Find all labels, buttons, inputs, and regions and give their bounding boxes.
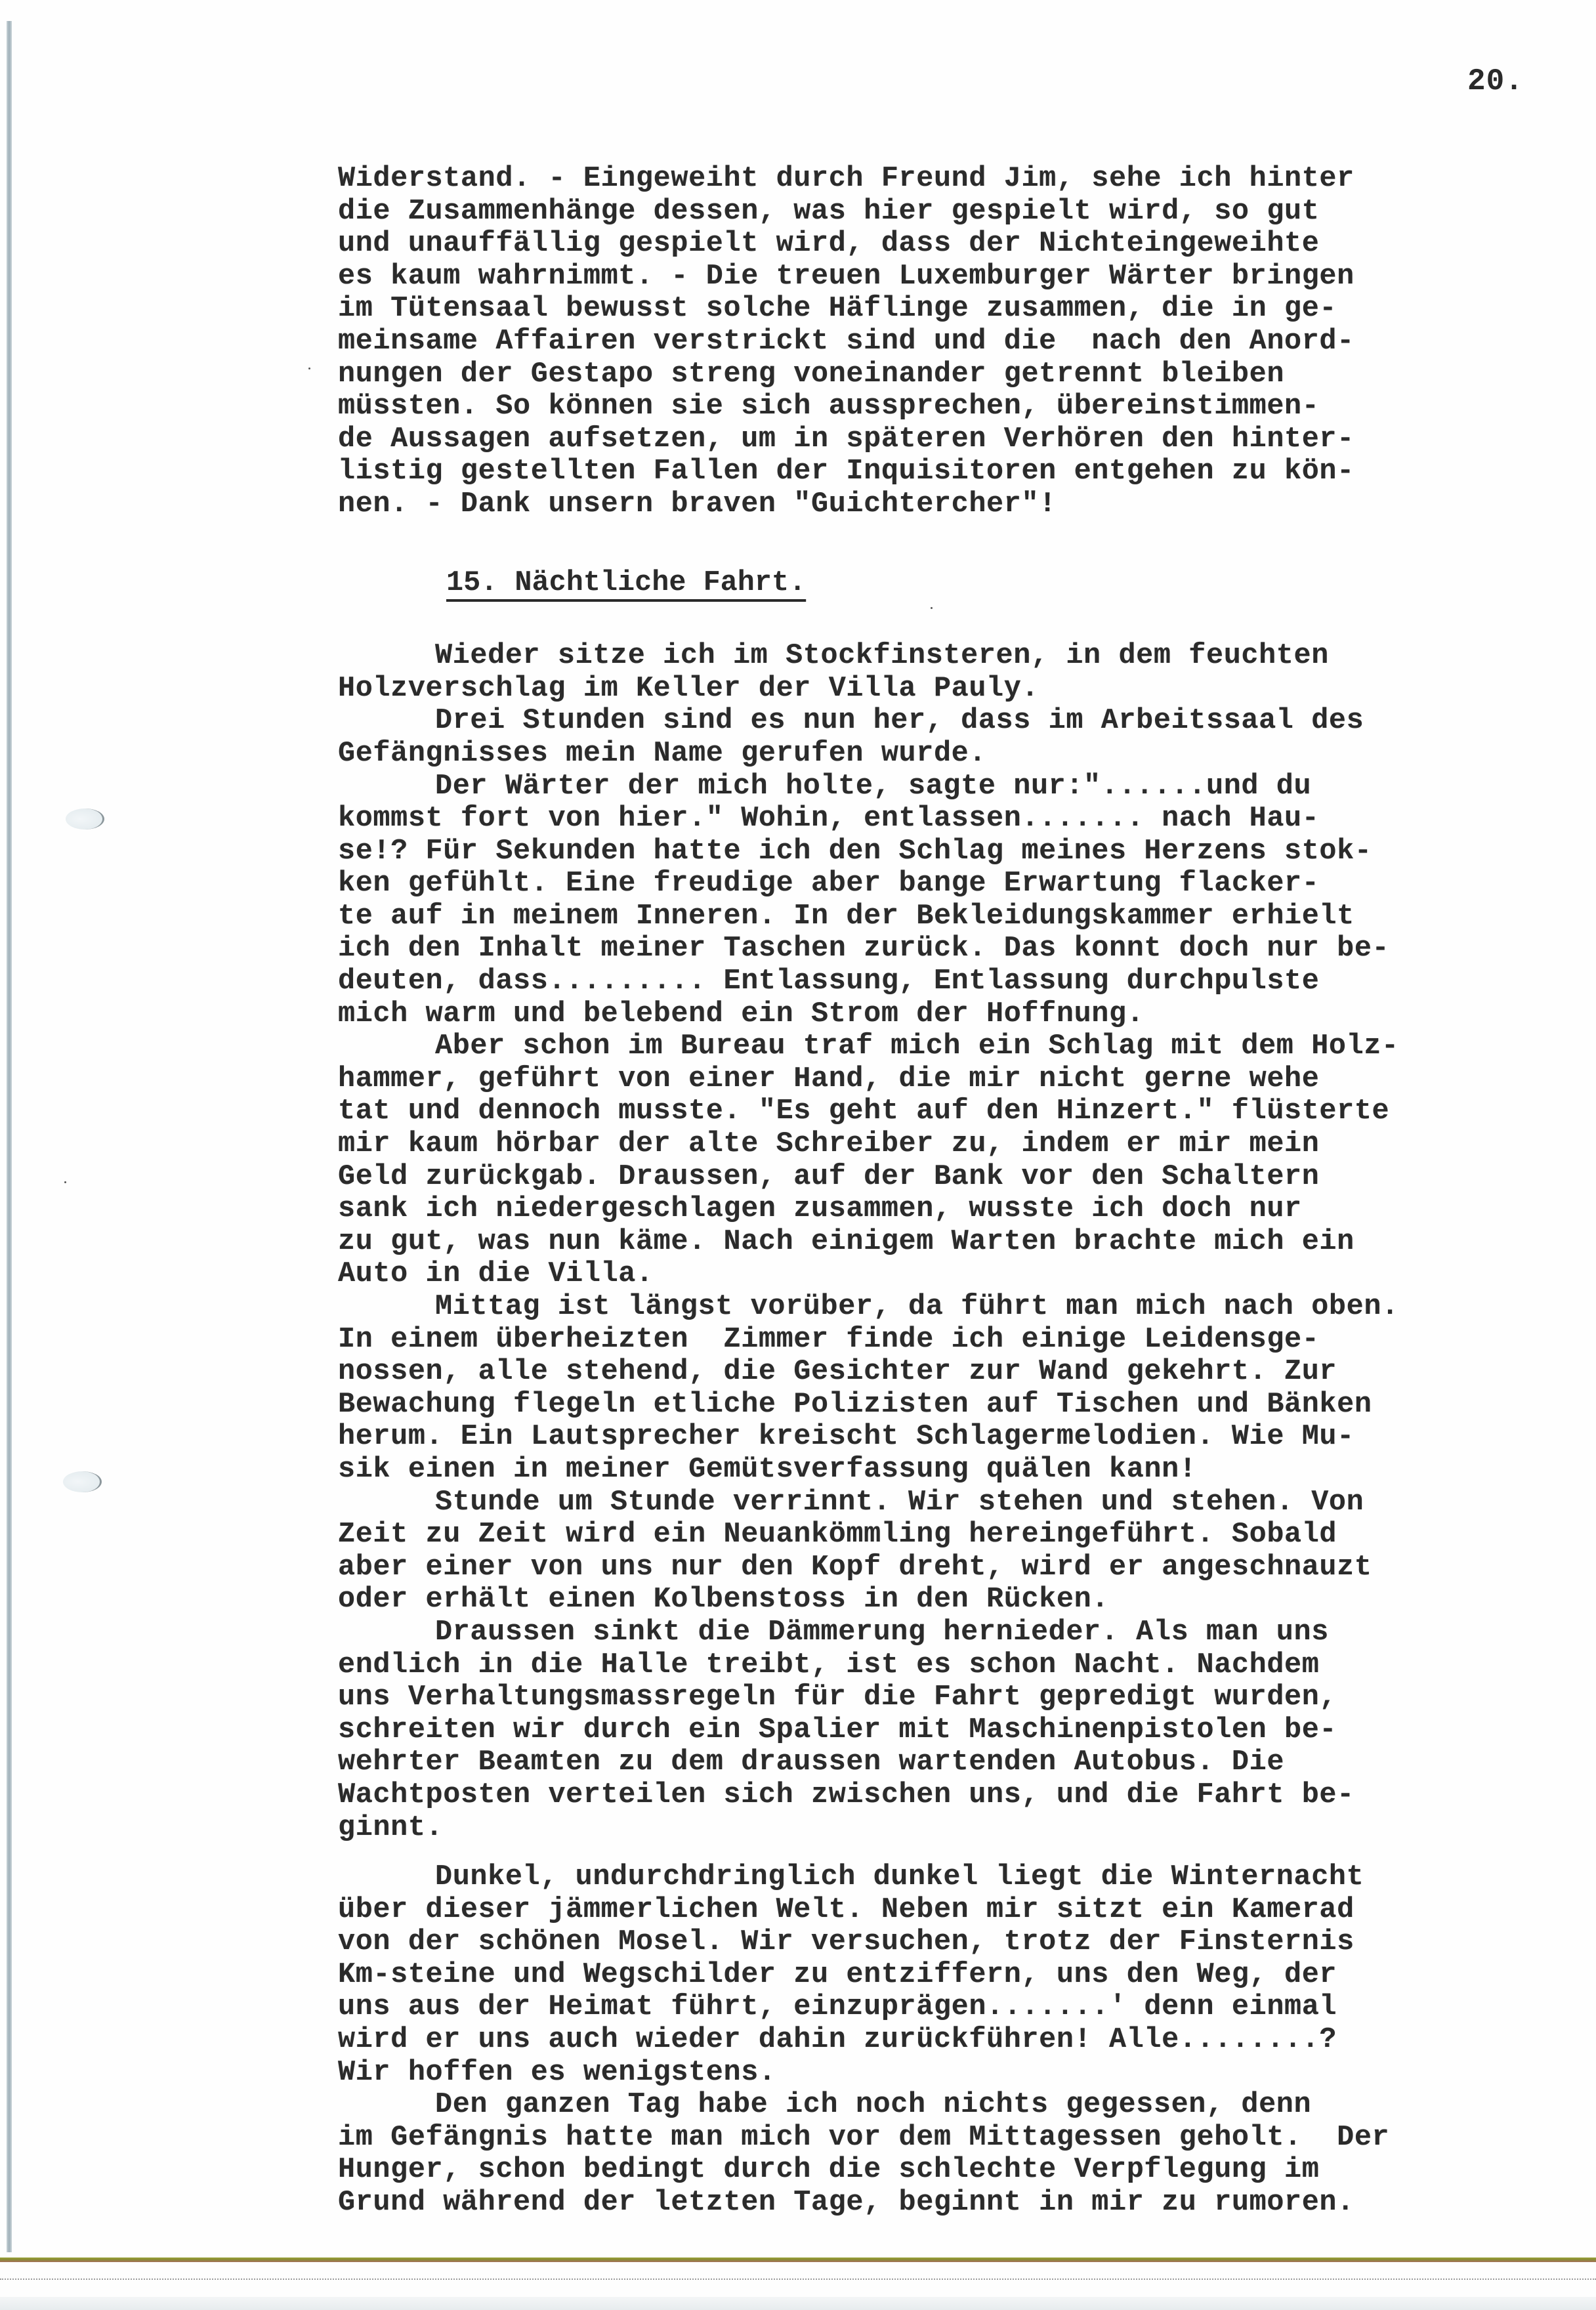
text-line: herum. Ein Lautsprecher kreischt Schlage… (338, 1421, 1572, 1454)
paragraph: Mittag ist längst vorüber, da führt man … (338, 1291, 1572, 1486)
intro-paragraph: Widerstand. - Eingeweiht durch Freund Ji… (338, 163, 1572, 521)
text-line: Auto in die Villa. (338, 1258, 1572, 1291)
text-line: uns Verhaltungsmassregeln für die Fahrt … (338, 1681, 1572, 1714)
text-line: sank ich niedergeschlagen zusammen, wuss… (338, 1193, 1572, 1226)
text-line: Draussen sinkt die Dämmerung hernieder. … (338, 1616, 1572, 1649)
text-line: müssten. So können sie sich aussprechen,… (338, 390, 1572, 423)
paragraph: Stunde um Stunde verrinnt. Wir stehen un… (338, 1486, 1572, 1616)
paragraph: Wieder sitze ich im Stockfinsteren, in d… (338, 640, 1572, 705)
text-line: nen. - Dank unsern braven "Guichtercher"… (338, 488, 1572, 521)
text-line: schreiten wir durch ein Spalier mit Masc… (338, 1714, 1572, 1747)
scan-bottom-band (0, 2297, 1596, 2310)
text-line: Den ganzen Tag habe ich noch nichts gege… (338, 2089, 1572, 2122)
page-number: 20. (1467, 64, 1524, 98)
text-line: te auf in meinem Inneren. In der Bekleid… (338, 900, 1572, 933)
text-line: Mittag ist längst vorüber, da führt man … (338, 1291, 1572, 1324)
text-line: se!? Für Sekunden hatte ich den Schlag m… (338, 835, 1572, 868)
scan-edge-dotted-line (0, 2278, 1596, 2280)
text-line: Hunger, schon bedingt durch die schlecht… (338, 2154, 1572, 2187)
text-line: In einem überheizten Zimmer finde ich ei… (338, 1324, 1572, 1356)
text-line: mich warm und belebend ein Strom der Hof… (338, 998, 1572, 1031)
text-line: aber einer von uns nur den Kopf dreht, w… (338, 1551, 1572, 1584)
text-line: Grund während der letzten Tage, beginnt … (338, 2187, 1572, 2219)
text-line: ken gefühlt. Eine freudige aber bange Er… (338, 868, 1572, 900)
section-heading-text: 15. Nächtliche Fahrt. (446, 567, 806, 599)
text-line: listig gestellten Fallen der Inquisitore… (338, 455, 1572, 488)
text-line: Wachtposten verteilen sich zwischen uns,… (338, 1779, 1572, 1812)
binder-hole-icon (66, 808, 104, 829)
text-line: nossen, alle stehend, die Gesichter zur … (338, 1356, 1572, 1389)
text-line: Aber schon im Bureau traf mich ein Schla… (338, 1030, 1572, 1063)
text-line: oder erhält einen Kolbenstoss in den Rüc… (338, 1584, 1572, 1616)
text-line: die Zusammenhänge dessen, was hier gespi… (338, 196, 1572, 228)
text-line: im Gefängnis hatte man mich vor dem Mitt… (338, 2122, 1572, 2154)
text-line: wehrter Beamten zu dem draussen wartende… (338, 1746, 1572, 1779)
text-line: kommst fort von hier." Wohin, entlassen.… (338, 803, 1572, 835)
text-line: ich den Inhalt meiner Taschen zurück. Da… (338, 933, 1572, 965)
text-line: wird er uns auch wieder dahin zurückführ… (338, 2024, 1572, 2057)
text-line: nungen der Gestapo streng voneinander ge… (338, 358, 1572, 391)
binder-hole-icon (63, 1471, 102, 1492)
paragraph: Drei Stunden sind es nun her, dass im Ar… (338, 705, 1572, 770)
section-heading: 15. Nächtliche Fahrt. (338, 567, 1572, 600)
text-line: tat und dennoch musste. "Es geht auf den… (338, 1095, 1572, 1128)
paragraph: Draussen sinkt die Dämmerung hernieder. … (338, 1616, 1572, 1844)
scan-edge-bar (0, 2257, 1596, 2262)
typewritten-body: Widerstand. - Eingeweiht durch Freund Ji… (338, 163, 1572, 2219)
paragraph: Den ganzen Tag habe ich noch nichts gege… (338, 2089, 1572, 2219)
text-line: Stunde um Stunde verrinnt. Wir stehen un… (338, 1486, 1572, 1519)
text-line: Gefängnisses mein Name gerufen wurde. (338, 738, 1572, 770)
text-line: mir kaum hörbar der alte Schreiber zu, i… (338, 1128, 1572, 1161)
text-line: Zeit zu Zeit wird ein Neuankömmling here… (338, 1519, 1572, 1551)
paragraph: Dunkel, undurchdringlich dunkel liegt di… (338, 1861, 1572, 2089)
text-line: zu gut, was nun käme. Nach einigem Warte… (338, 1226, 1572, 1259)
paragraph-spacer (338, 1844, 1572, 1861)
text-line: hammer, geführt von einer Hand, die mir … (338, 1063, 1572, 1096)
text-line: endlich in die Halle treibt, ist es scho… (338, 1649, 1572, 1682)
text-line: Geld zurückgab. Draussen, auf der Bank v… (338, 1161, 1572, 1194)
text-line: Holzverschlag im Keller der Villa Pauly. (338, 673, 1572, 705)
text-line: Wieder sitze ich im Stockfinsteren, in d… (338, 640, 1572, 673)
text-line: Km-steine und Wegschilder zu entziffern,… (338, 1959, 1572, 1992)
text-line: Dunkel, undurchdringlich dunkel liegt di… (338, 1861, 1572, 1894)
text-line: deuten, dass......... Entlassung, Entlas… (338, 965, 1572, 998)
scan-speck (64, 1181, 66, 1183)
scan-speck (308, 367, 310, 369)
text-line: Wir hoffen es wenigstens. (338, 2057, 1572, 2089)
text-line: es kaum wahrnimmt. - Die treuen Luxembur… (338, 261, 1572, 293)
text-line: Drei Stunden sind es nun her, dass im Ar… (338, 705, 1572, 738)
text-line: über dieser jämmerlichen Welt. Neben mir… (338, 1894, 1572, 1927)
text-line: uns aus der Heimat führt, einzuprägen...… (338, 1991, 1572, 2024)
text-line: und unauffällig gespielt wird, dass der … (338, 228, 1572, 261)
text-line: de Aussagen aufsetzen, um in späteren Ve… (338, 423, 1572, 456)
text-line: sik einen in meiner Gemütsverfassung quä… (338, 1454, 1572, 1486)
text-line: meinsame Affairen verstrickt sind und di… (338, 325, 1572, 358)
paragraph: Der Wärter der mich holte, sagte nur:"..… (338, 770, 1572, 1031)
text-line: Widerstand. - Eingeweiht durch Freund Ji… (338, 163, 1572, 196)
scan-speck (931, 607, 933, 609)
paragraph: Aber schon im Bureau traf mich ein Schla… (338, 1030, 1572, 1291)
left-margin-rule (7, 21, 12, 2252)
text-line: im Tütensaal bewusst solche Häflinge zus… (338, 293, 1572, 325)
text-line: ginnt. (338, 1812, 1572, 1845)
text-line: Der Wärter der mich holte, sagte nur:"..… (338, 770, 1572, 803)
text-line: Bewachung flegeln etliche Polizisten auf… (338, 1389, 1572, 1421)
text-line: von der schönen Mosel. Wir versuchen, tr… (338, 1926, 1572, 1959)
